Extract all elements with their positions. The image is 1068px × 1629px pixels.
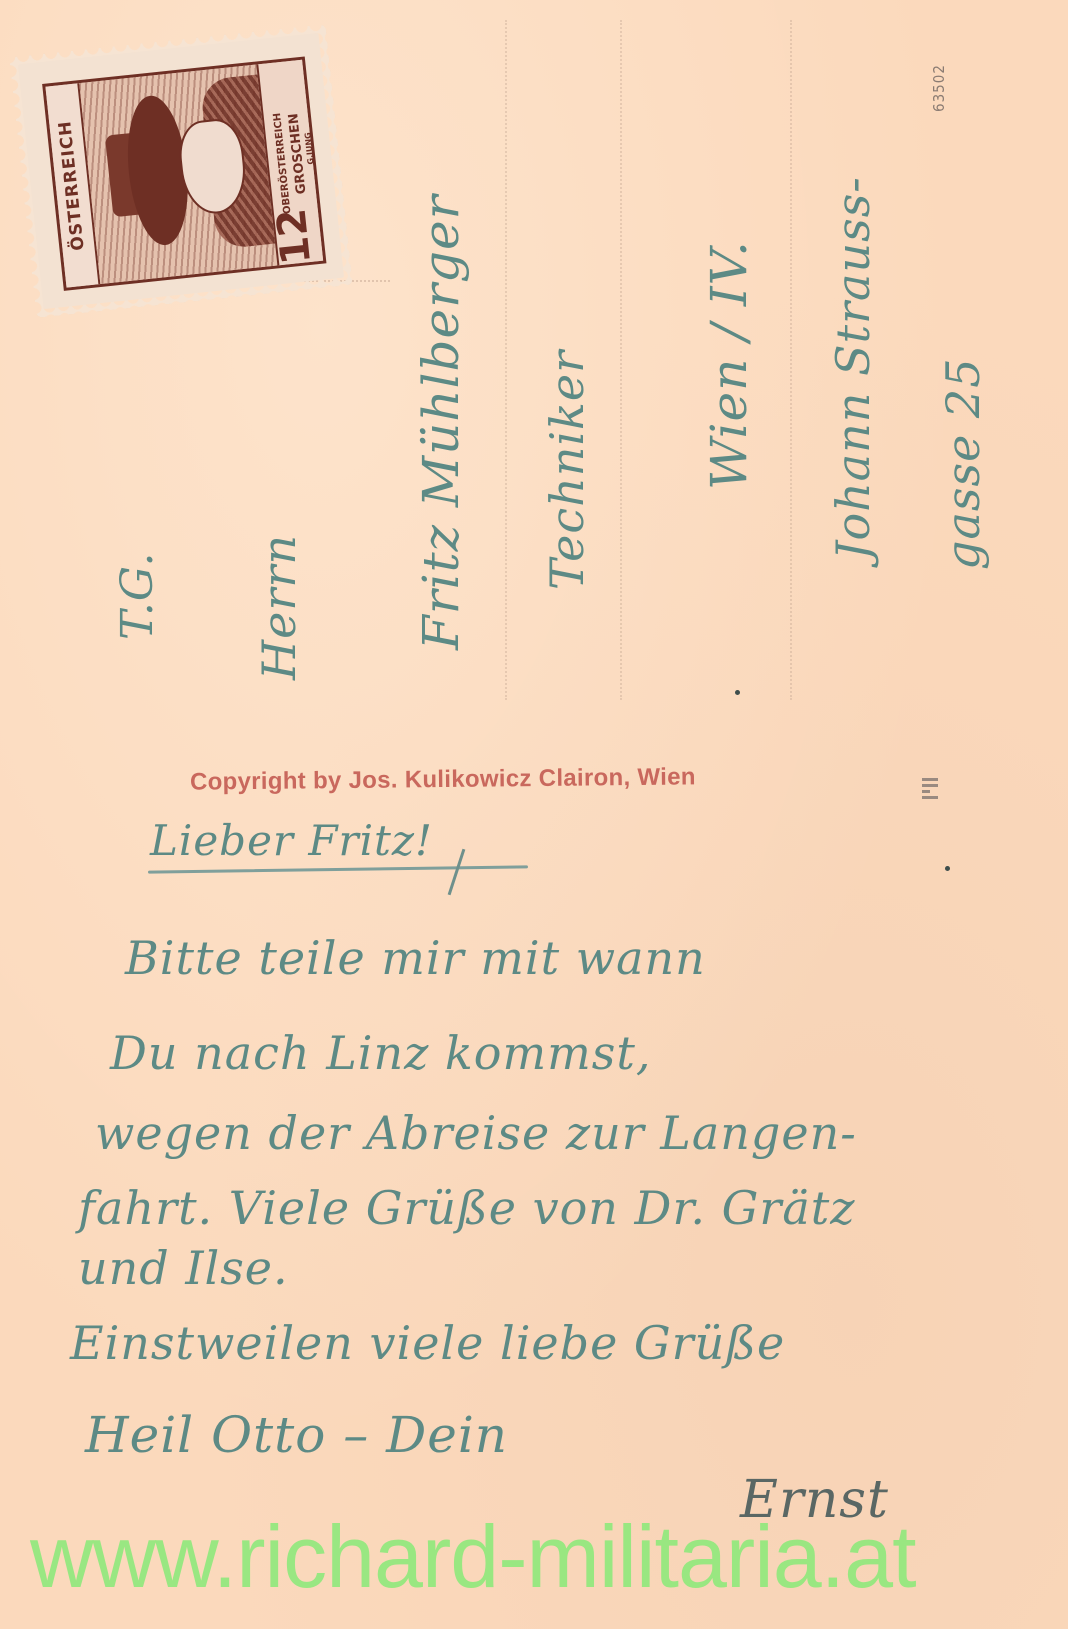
address-line: Techniker [540,350,594,590]
postcard-reverse: ÖSTERREICH OBERÖSTERREICH GROSCHEN G.JUN… [0,0,1068,1629]
address-line: gasse 25 [936,358,990,570]
copyright-imprint: Copyright by Jos. Kulikowicz Clairon, Wi… [190,763,696,796]
dotted-guide-line [620,20,622,700]
stamp-value: 12 [269,206,321,266]
serial-number: 63502 [930,64,948,112]
watermark-link[interactable]: www.richard-militaria.at [30,1506,916,1608]
message-line: Du nach Linz kommst, [110,1030,651,1076]
dotted-guide-line [790,20,792,700]
address-line: T.G. [112,552,163,640]
postage-stamp: ÖSTERREICH OBERÖSTERREICH GROSCHEN G.JUN… [9,24,353,318]
stamp-image: ÖSTERREICH OBERÖSTERREICH GROSCHEN G.JUN… [42,56,326,290]
printer-mark-icon [922,778,938,806]
stamp-portrait-illustration [79,65,277,284]
message-line: Einstweilen viele liebe Grüße [70,1320,785,1366]
message-line: Heil Otto – Dein [85,1410,508,1460]
salutation: Lieber Fritz! [150,820,433,862]
message-line: Bitte teile mir mit wann [125,935,706,981]
address-line: Wien / IV. [700,240,758,490]
dotted-guide-line [505,20,507,700]
message-line: wegen der Abreise zur Langen- [95,1110,857,1156]
ink-dot [945,866,950,871]
stamp-country: ÖSTERREICH [55,119,89,251]
ink-dot [735,690,740,695]
address-line: Fritz Mühlberger [412,194,470,650]
salutation-underline [148,865,528,873]
message-line: fahrt. Viele Grüße von Dr. Grätz [78,1185,856,1231]
message-line: und Ilse. [78,1245,289,1291]
address-line: Johann Strauss- [826,176,880,560]
address-line: Herrn [252,534,306,680]
